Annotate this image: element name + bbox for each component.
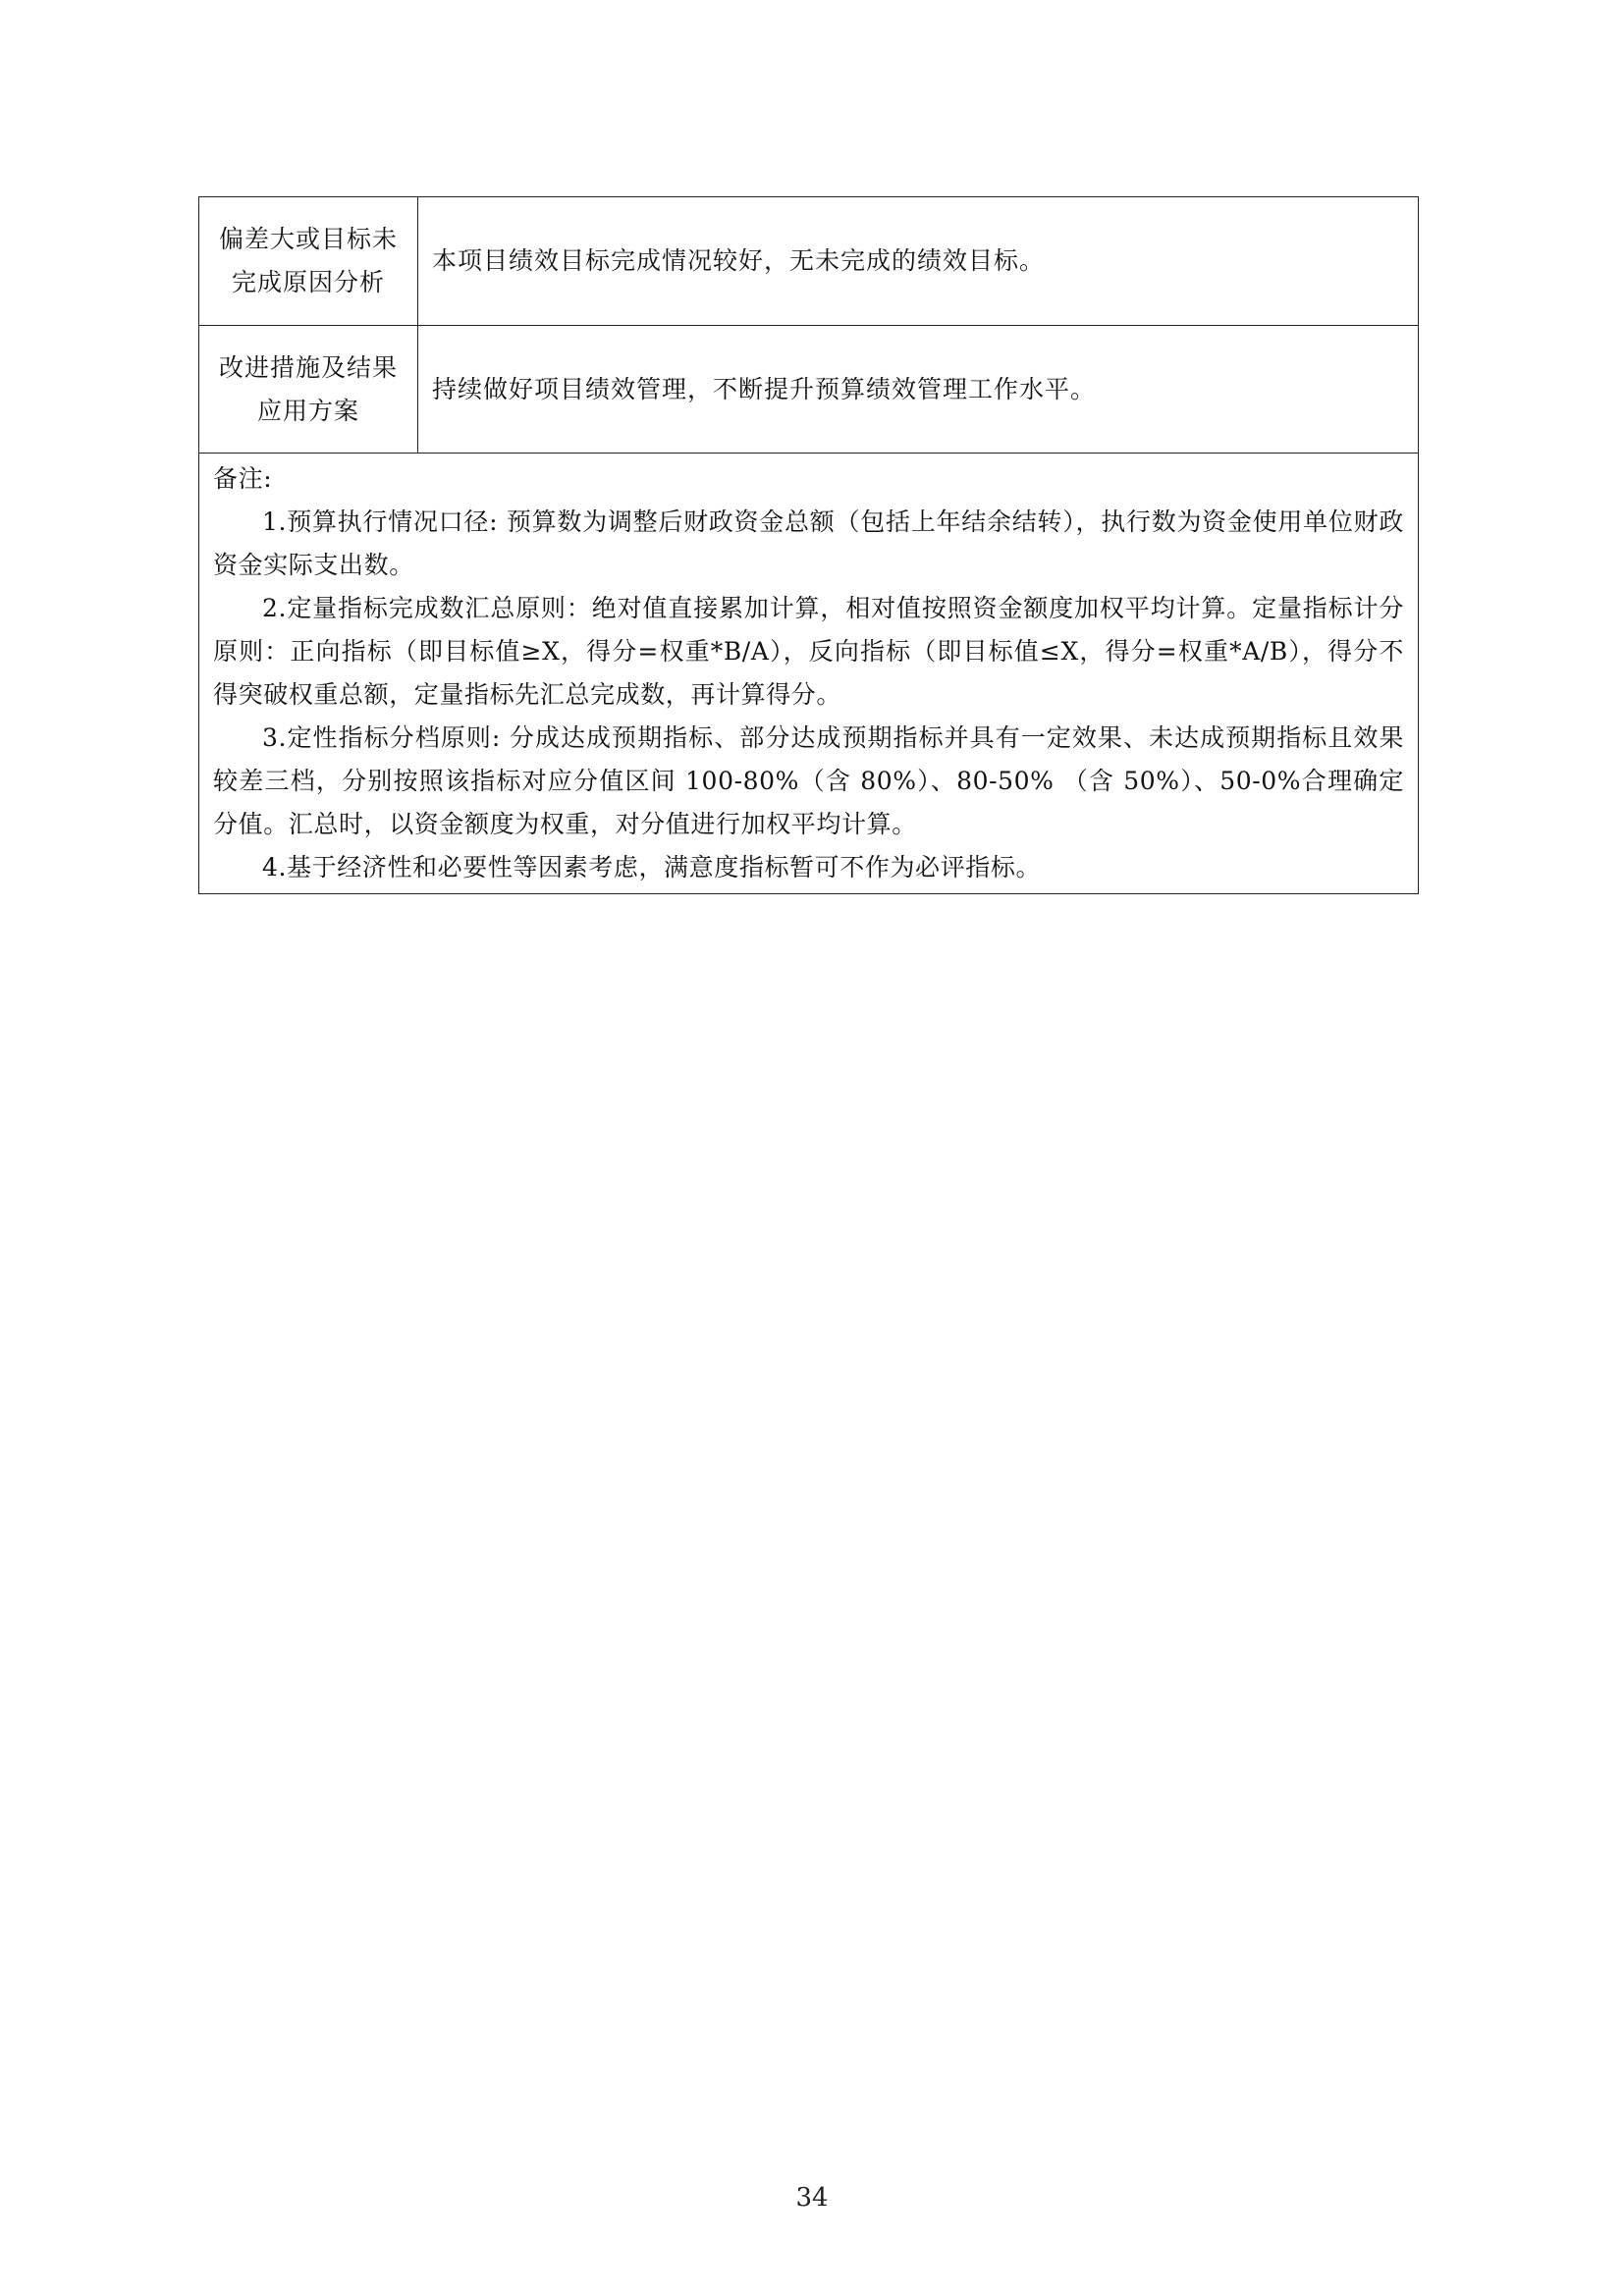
notes-cell: 备注: 1.预算执行情况口径: 预算数为调整后财政资金总额（包括上年结余结转），… xyxy=(199,454,1419,894)
note-item-3: 3.定性指标分档原则: 分成达成预期指标、部分达成预期指标并具有一定效果、未达成… xyxy=(213,717,1404,846)
note-item-1: 1.预算执行情况口径: 预算数为调整后财政资金总额（包括上年结余结转），执行数为… xyxy=(213,501,1404,587)
row-label-improvement-measures: 改进措施及结果应用方案 xyxy=(199,326,418,454)
notes-title: 备注: xyxy=(213,457,1404,501)
note-item-2: 2.定量指标完成数汇总原则：绝对值直接累加计算，相对值按照资金额度加权平均计算。… xyxy=(213,587,1404,717)
row-content-improvement-measures: 持续做好项目绩效管理，不断提升预算绩效管理工作水平。 xyxy=(418,326,1419,454)
row-label-deviation-analysis: 偏差大或目标未完成原因分析 xyxy=(199,197,418,326)
note-item-4: 4.基于经济性和必要性等因素考虑，满意度指标暂可不作为必评指标。 xyxy=(213,846,1404,889)
page-number: 34 xyxy=(0,2183,1624,2213)
row-content-deviation-analysis: 本项目绩效目标完成情况较好，无未完成的绩效目标。 xyxy=(418,197,1419,326)
performance-evaluation-table: 偏差大或目标未完成原因分析 本项目绩效目标完成情况较好，无未完成的绩效目标。 改… xyxy=(198,196,1419,894)
table-row-notes: 备注: 1.预算执行情况口径: 预算数为调整后财政资金总额（包括上年结余结转），… xyxy=(199,454,1419,894)
table-row-deviation-analysis: 偏差大或目标未完成原因分析 本项目绩效目标完成情况较好，无未完成的绩效目标。 xyxy=(199,197,1419,326)
table-row-improvement-measures: 改进措施及结果应用方案 持续做好项目绩效管理，不断提升预算绩效管理工作水平。 xyxy=(199,326,1419,454)
